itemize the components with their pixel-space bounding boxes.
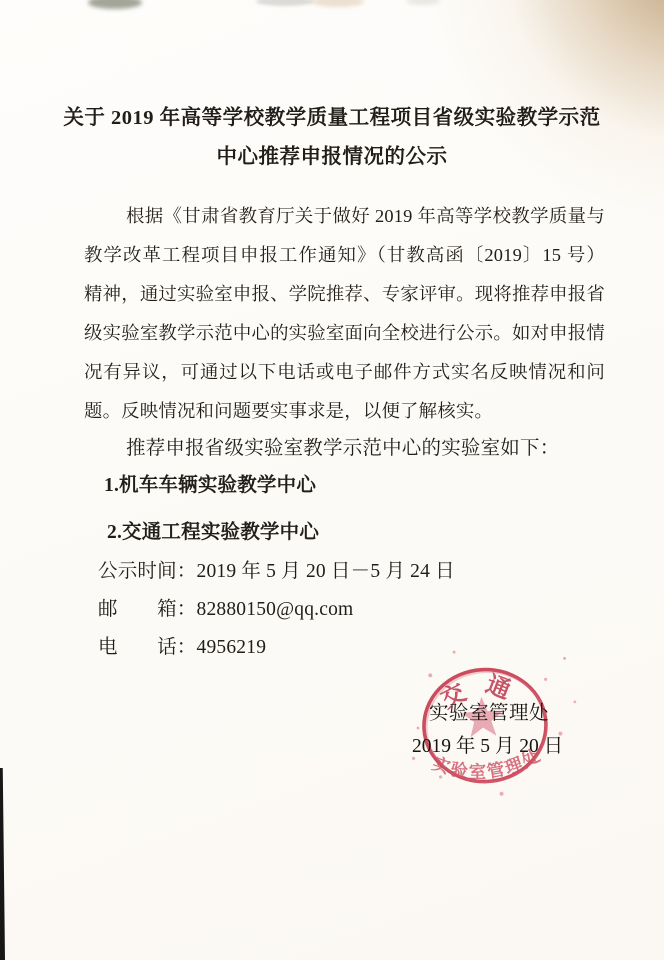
paragraph-line: 级实验室教学示范中心的实验室面向全校进行公示。如对申报情 [84,314,605,353]
official-seal-stamp: 交通 实验室管理处 [394,637,599,815]
body-paragraph: 根据《甘肃省教育厅关于做好 2019 年高等学校教学质量与 教学改革工程项目申报… [84,197,605,431]
scan-smudge-top-3 [312,0,364,7]
signature-org: 实验室管理处 [429,697,549,725]
scan-smudge-top-2 [256,0,314,6]
document-title-line-2: 中心推荐申报情况的公示 [52,138,612,177]
paragraph-line: 精神，通过实验室申报、学院推荐、专家评审。现将推荐申报省 [84,275,605,314]
document-title: 关于 2019 年高等学校教学质量工程项目省级实验教学示范 中心推荐申报情况的公… [52,99,612,177]
paragraph-line: 况有异议，可通过以下电话或电子邮件方式实名反映情况和问 [84,353,605,392]
seal-icon: 交通 实验室管理处 [394,637,599,815]
signature-date: 2019 年 5 月 20 日 [412,730,563,758]
scanned-notice-page: 关于 2019 年高等学校教学质量工程项目省级实验教学示范 中心推荐申报情况的公… [0,0,664,960]
paragraph-line: 根据《甘肃省教育厅关于做好 2019 年高等学校教学质量与 [84,197,605,236]
list-item-1: 1.机车车辆实验教学中心 [104,469,316,497]
scan-smudge-top-1 [88,0,142,9]
paragraph-line: 教学改革工程项目申报工作通知》（甘教高函〔2019〕15 号） [84,236,605,275]
list-intro: 推荐申报省级实验室教学示范中心的实验室如下： [126,432,559,460]
publicity-period-line: 公示时间：2019 年 5 月 20 日－5 月 24 日 [98,553,455,591]
paragraph-line: 题。反映情况和问题要实事求是，以便了解核实。 [84,392,605,431]
list-item-2: 2.交通工程实验教学中心 [107,516,319,544]
scan-smudge-top-4 [406,0,440,5]
scan-edge-strip [0,768,5,960]
document-title-line-1: 关于 2019 年高等学校教学质量工程项目省级实验教学示范 [52,99,612,138]
email-line: 邮 箱：82880150@qq.com [98,591,455,629]
